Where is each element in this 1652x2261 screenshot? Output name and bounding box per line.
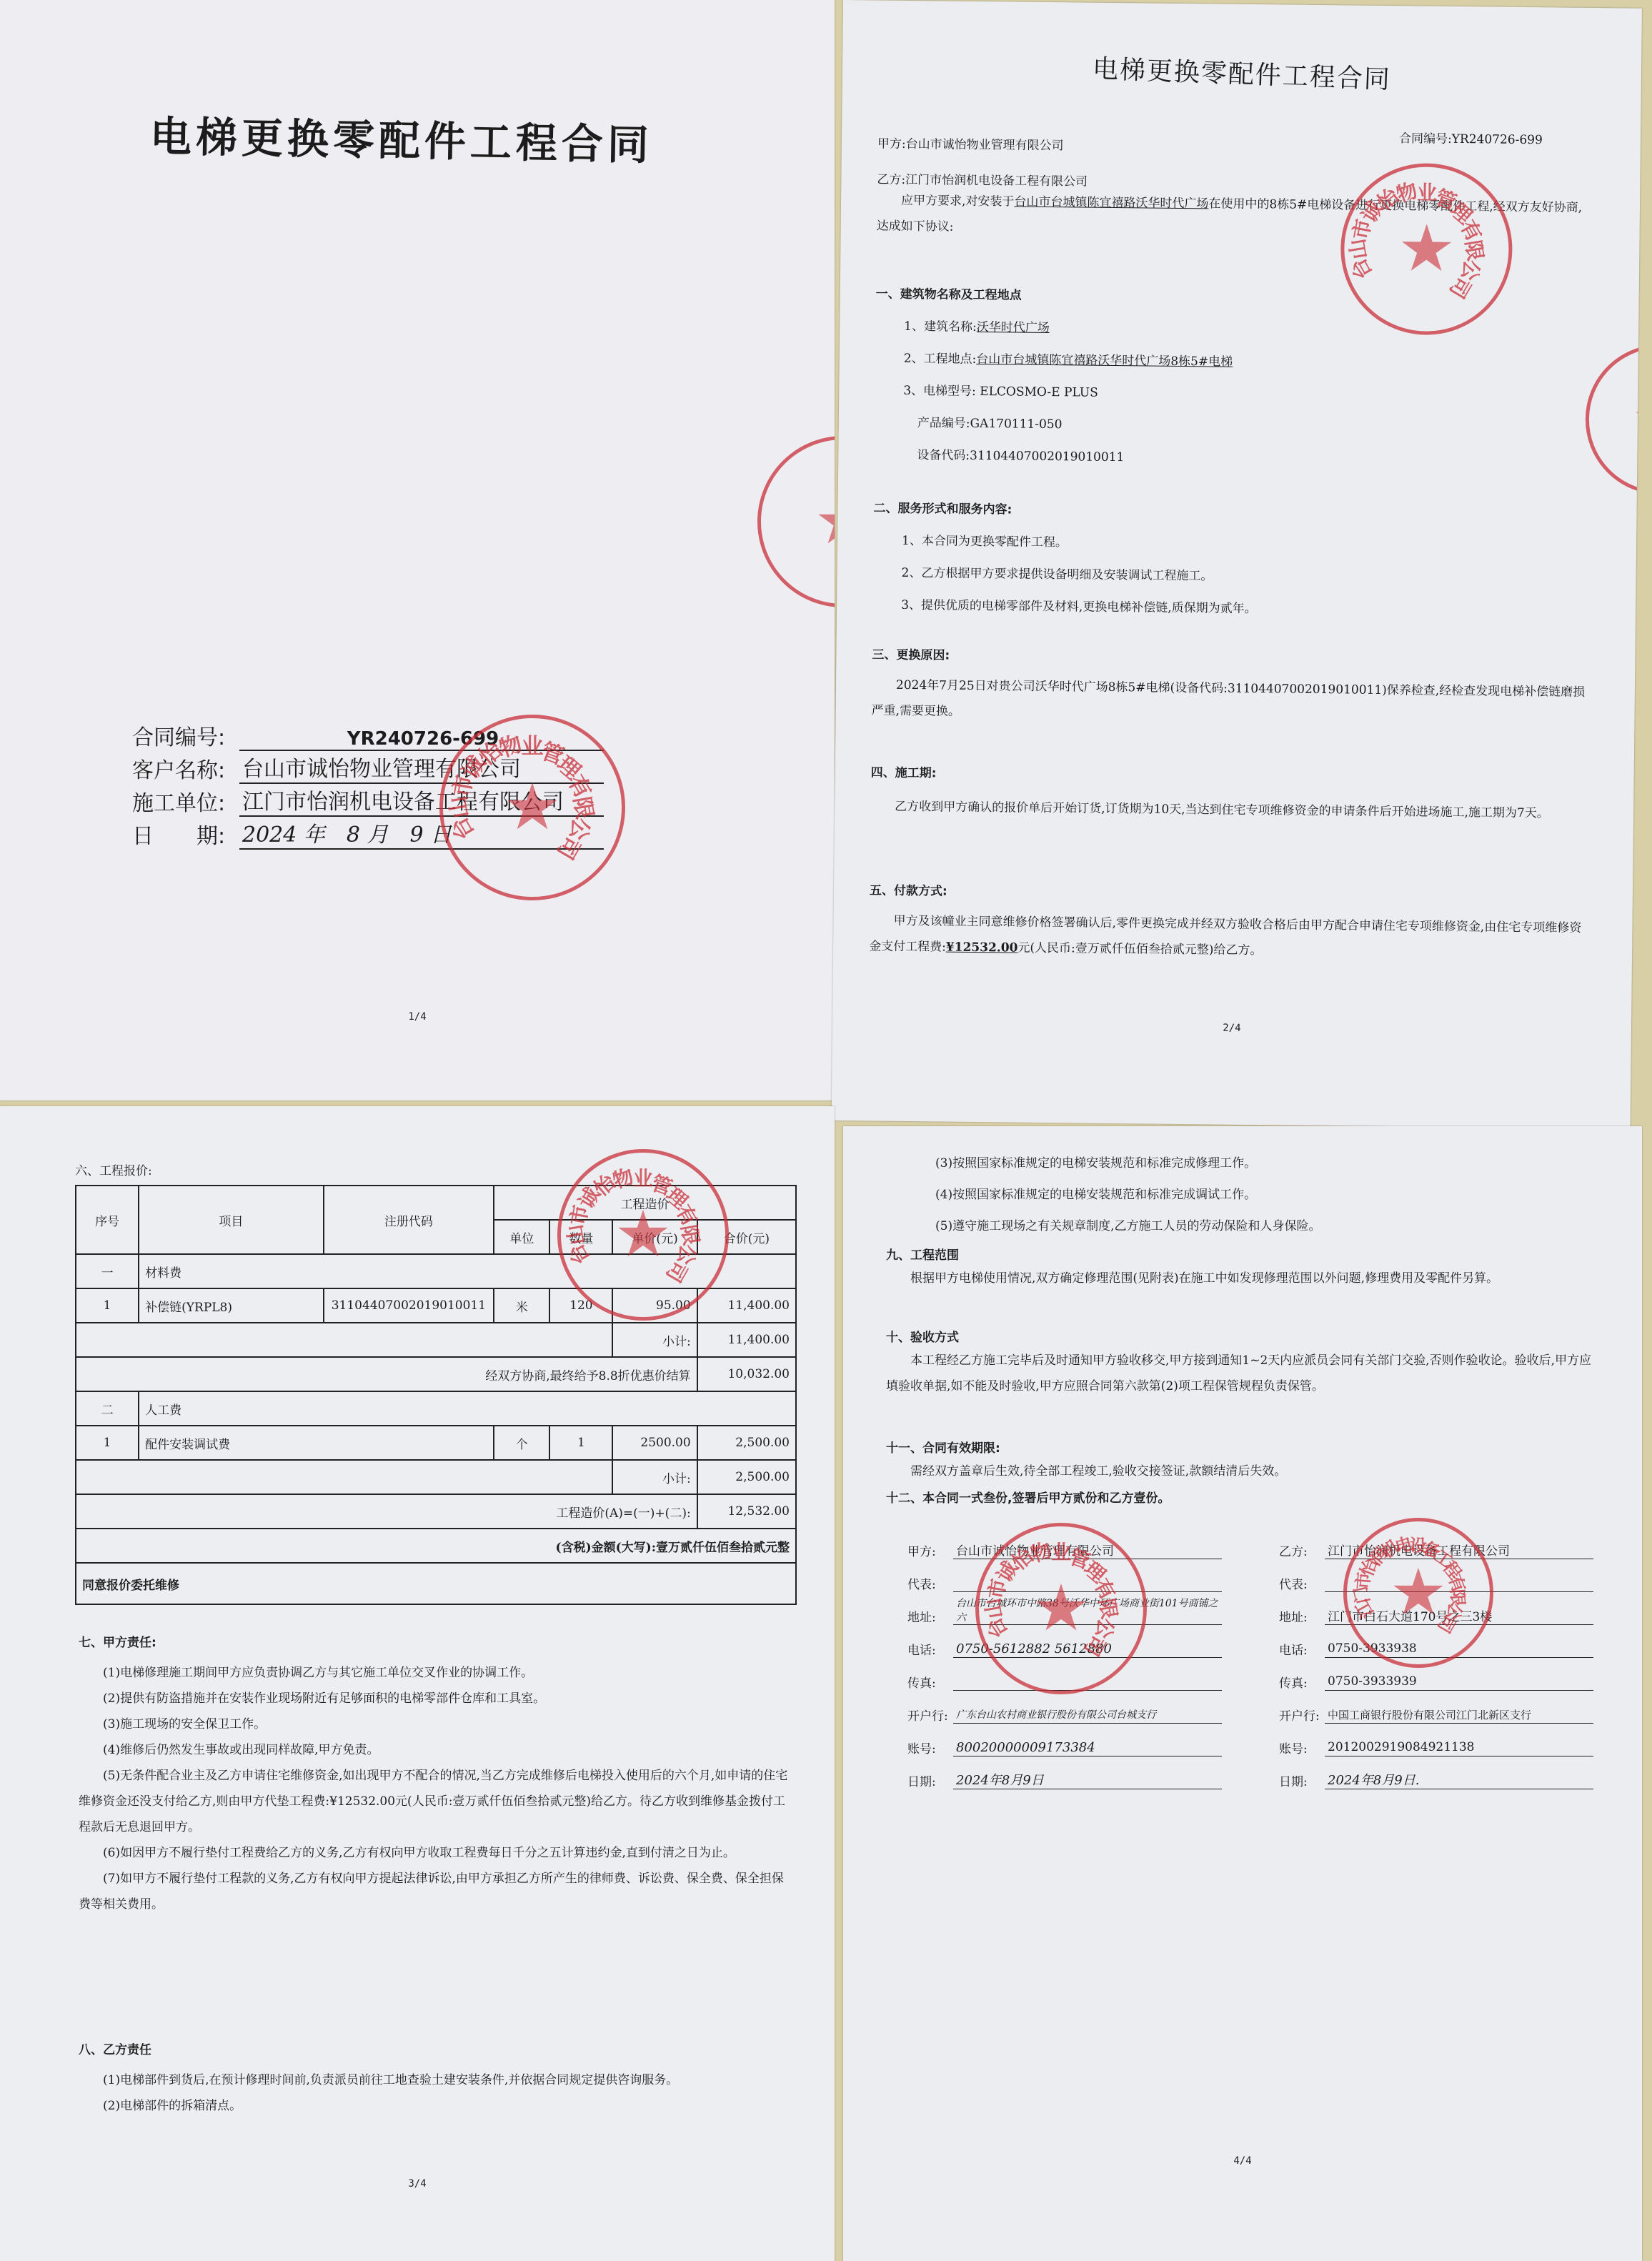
party-b-account: 2012002919084921138 bbox=[1325, 1740, 1593, 1756]
replacement-reason: 2024年7月25日对贵公司沃华时代广场8栋5#电梯(设备代码:31104407… bbox=[871, 672, 1586, 730]
section-heading: 七、甲方责任: bbox=[79, 1635, 156, 1651]
list-item: 1、本合同为更换零配件工程。 bbox=[902, 533, 1068, 551]
table-row: 1 补偿链(YRPL8) 31104407002019010011 米 120 … bbox=[76, 1288, 796, 1323]
contractor-row: 施工单位: 江门市怡润机电设备工程有限公司 bbox=[132, 784, 604, 817]
list-item: (2)提供有防盗措施并在安装作业现场附近有足够面积的电梯零部件仓库和工具室。 bbox=[79, 1686, 793, 1711]
section-heading: 十、验收方式 bbox=[886, 1330, 959, 1346]
date-row: 日 期: 2024 年 8 月 9 日 bbox=[132, 817, 604, 850]
section-heading: 一、建筑物名称及工程地点 bbox=[876, 287, 1022, 304]
table-category-row: 二 人工费 bbox=[76, 1391, 796, 1426]
list-item: (6)如因甲方不履行垫付工程费给乙方的义务,乙方有权向甲方收取工程费每日千分之五… bbox=[79, 1840, 793, 1866]
party-b-name: 江门市怡润机电设备工程有限公司 bbox=[1325, 1541, 1593, 1559]
page-number: 4/4 bbox=[843, 2155, 1642, 2167]
product-number: 产品编号:GA170111-050 bbox=[917, 415, 1063, 433]
party-a-signature-block: 甲方:台山市诚怡物业管理有限公司 代表: 地址:台山市台城环市中路38号沃华中环… bbox=[907, 1526, 1222, 1789]
page-quotation: 六、工程报价: 序号 项目 注册代码 工程造价 单位 数量 单价(元) 合价(元… bbox=[0, 1106, 835, 2261]
cover-fields: 合同编号: YR240726-699 客户名称: 台山市诚怡物业管理有限公司 施… bbox=[132, 718, 604, 850]
list-item: (5)遵守施工现场之有关规章制度,乙方施工人员的劳动保险和人身保险。 bbox=[911, 1211, 1626, 1242]
section-heading: 十二、本合同一式叁份,签署后甲方贰份和乙方壹份。 bbox=[886, 1491, 1170, 1507]
contractor-name: 江门市怡润机电设备工程有限公司 bbox=[239, 784, 604, 817]
party-a: 甲方:台山市诚怡物业管理有限公司 bbox=[877, 136, 1064, 155]
construction-period: 乙方收到甲方确认的报价单后开始订货,订货期为10天,当达到住宅专项维修资金的申请… bbox=[870, 793, 1585, 826]
acceptance-text: 本工程经乙方施工完毕后及时通知甲方验收移交,甲方接到通知1~2天内应派员会同有关… bbox=[886, 1348, 1601, 1399]
party-a-phone: 0750-5612882 5612880 bbox=[953, 1641, 1222, 1658]
party-a-duties: (1)电梯修理施工期间甲方应负责协调乙方与其它施工单位交叉作业的协调工作。 (2… bbox=[79, 1660, 793, 1917]
party-b-representative bbox=[1325, 1576, 1593, 1592]
page-number: 1/4 bbox=[0, 1011, 835, 1023]
section-heading: 八、乙方责任 bbox=[79, 2042, 151, 2059]
elevator-model: 3、电梯型号: ELCOSMO-E PLUS bbox=[903, 383, 1098, 402]
equipment-code: 设备代码:31104407002019010011 bbox=[917, 447, 1124, 466]
payment-terms: 甲方及该幢业主同意维修价格签署确认后,零件更换完成并经双方验收合格后由甲方配合申… bbox=[869, 908, 1584, 966]
cover-title: 电梯更换零配件工程合同 bbox=[149, 103, 653, 172]
list-item: (1)电梯修理施工期间甲方应负责协调乙方与其它施工单位交叉作业的协调工作。 bbox=[79, 1660, 793, 1686]
quotation-table: 序号 项目 注册代码 工程造价 单位 数量 单价(元) 合价(元) 一 材料费 … bbox=[75, 1185, 797, 1605]
scope-text: 根据甲方电梯使用情况,双方确定修理范围(见附表)在施工中如发现修理范围以外问题,… bbox=[886, 1266, 1601, 1291]
field-label: 日 期: bbox=[132, 818, 239, 850]
party-a-address: 台山市台城环市中路38号沃华中环广场商业街101号商铺之六 bbox=[953, 1596, 1222, 1625]
table-category-row: 一 材料费 bbox=[76, 1254, 796, 1288]
list-item: 2、乙方根据甲方要求提供设备明细及安装调试工程施工。 bbox=[901, 565, 1213, 585]
section-heading: 二、服务形式和服务内容: bbox=[873, 500, 1012, 518]
contract-date: 2024 年 8 月 9 日 bbox=[239, 817, 604, 850]
amount-words-row: (含税)金额(大写):壹万贰仟伍佰叁拾贰元整 bbox=[76, 1529, 796, 1563]
contract-number: 合同编号:YR240726-699 bbox=[1399, 131, 1543, 149]
party-b-bank: 中国工商银行股份有限公司江门北新区支行 bbox=[1325, 1707, 1593, 1724]
list-item: (7)如甲方不履行垫付工程款的义务,乙方有权向甲方提起法律诉讼,由甲方承担乙方所… bbox=[79, 1866, 793, 1917]
party-b-date: 2024年8月9日. bbox=[1325, 1770, 1593, 1789]
field-label: 施工单位: bbox=[132, 785, 239, 817]
company-seal-icon: ★台山市诚怡物业管理有限公司 bbox=[1340, 162, 1513, 336]
page-number: 3/4 bbox=[0, 2178, 835, 2190]
party-b-fax: 0750-3933939 bbox=[1325, 1674, 1593, 1691]
list-item: (2)电梯部件的拆箱清点。 bbox=[79, 2093, 793, 2119]
approval-row: 同意报价委托维修 bbox=[76, 1563, 796, 1604]
page-cover: 电梯更换零配件工程合同 合同编号: YR240726-699 客户名称: 台山市… bbox=[0, 0, 835, 1100]
intro-paragraph: 应甲方要求,对安装于台山市台城镇陈宜禧路沃华时代广场在使用中的8栋5#电梯设备进… bbox=[876, 188, 1591, 247]
section-heading: 三、更换原因: bbox=[872, 647, 950, 664]
list-item: 3、提供优质的电梯零部件及材料,更换电梯补偿链,质保期为贰年。 bbox=[901, 597, 1257, 617]
party-a-fax bbox=[953, 1674, 1222, 1691]
building-name: 1、建筑名称:沃华时代广场 bbox=[904, 319, 1050, 337]
section-heading: 五、付款方式: bbox=[870, 883, 947, 900]
contract-number-row: 合同编号: YR240726-699 bbox=[132, 718, 604, 751]
party-a-date: 2024年8月9日 bbox=[953, 1770, 1222, 1789]
table-header-row: 序号 项目 注册代码 工程造价 bbox=[76, 1186, 796, 1220]
subtotal-row: 小计: 2,500.00 bbox=[76, 1460, 796, 1494]
party-b-duties: (1)电梯部件到货后,在预计修理时间前,负责派员前往工地查验土建安装条件,并依据… bbox=[79, 2067, 793, 2119]
party-a-representative bbox=[953, 1576, 1222, 1592]
subtotal-row: 小计: 11,400.00 bbox=[76, 1323, 796, 1357]
party-b-duties-cont: (3)按照国家标准规定的电梯安装规范和标准完成修理工作。 (4)按照国家标准规定… bbox=[911, 1148, 1626, 1242]
field-label: 客户名称: bbox=[132, 752, 239, 784]
section-heading: 九、工程范围 bbox=[886, 1248, 959, 1264]
list-item: (4)维修后仍然发生事故或出现同样故障,甲方免责。 bbox=[79, 1737, 793, 1763]
section-heading: 十一、合同有效期限: bbox=[886, 1441, 1000, 1457]
party-b-phone: 0750-3933938 bbox=[1325, 1641, 1593, 1658]
party-b-address: 江门市白石大道170号之三3楼 bbox=[1325, 1606, 1593, 1625]
contract-number: YR240726-699 bbox=[239, 728, 604, 751]
company-seal-icon: ★ bbox=[1585, 344, 1642, 495]
party-a-name: 台山市诚怡物业管理有限公司 bbox=[953, 1541, 1222, 1559]
list-item: (5)无条件配合业主及乙方申请住宅维修资金,如出现甲方不配合的情况,当乙方完成维… bbox=[79, 1763, 793, 1840]
party-a-bank: 广东台山农村商业银行股份有限公司台城支行 bbox=[953, 1707, 1222, 1724]
project-location: 2、工程地点:台山市台城镇陈宜禧路沃华时代广场8栋5#电梯 bbox=[904, 351, 1233, 371]
discount-row: 经双方协商,最终给予8.8折优惠价结算 10,032.00 bbox=[76, 1357, 796, 1391]
party-a-account: 80020000009173384 bbox=[953, 1740, 1222, 1756]
table-row: 1 配件安装调试费 个 1 2500.00 2,500.00 bbox=[76, 1426, 796, 1460]
page-number: 2/4 bbox=[832, 1018, 1631, 1038]
section-heading: 六、工程报价: bbox=[75, 1163, 152, 1180]
company-seal-icon: ★ bbox=[757, 436, 835, 607]
section-heading: 四、施工期: bbox=[871, 765, 937, 782]
field-label: 合同编号: bbox=[132, 720, 239, 751]
party-b-signature-block: 乙方:江门市怡润机电设备工程有限公司 代表: 地址:江门市白石大道170号之三3… bbox=[1279, 1526, 1593, 1789]
list-item: (1)电梯部件到货后,在预计修理时间前,负责派员前往工地查验土建安装条件,并依据… bbox=[79, 2067, 793, 2093]
contract-title: 电梯更换零配件工程合同 bbox=[1092, 49, 1392, 96]
client-name: 台山市诚怡物业管理有限公司 bbox=[239, 751, 604, 784]
grand-total-row: 工程造价(A)=(一)+(二): 12,532.00 bbox=[76, 1494, 796, 1529]
payment-amount: ¥12532.00 bbox=[946, 940, 1018, 955]
page-terms-1: 电梯更换零配件工程合同 合同编号:YR240726-699 甲方:台山市诚怡物业… bbox=[832, 0, 1642, 1129]
page-signatures: (3)按照国家标准规定的电梯安装规范和标准完成修理工作。 (4)按照国家标准规定… bbox=[843, 1126, 1642, 2261]
client-name-row: 客户名称: 台山市诚怡物业管理有限公司 bbox=[132, 751, 604, 784]
validity-text: 需经双方盖章后生效,待全部工程竣工,验收交接签证,款额结清后失效。 bbox=[886, 1459, 1601, 1484]
list-item: (3)按照国家标准规定的电梯安装规范和标准完成修理工作。 bbox=[911, 1148, 1626, 1179]
list-item: (4)按照国家标准规定的电梯安装规范和标准完成调试工作。 bbox=[911, 1179, 1626, 1211]
list-item: (3)施工现场的安全保卫工作。 bbox=[79, 1711, 793, 1737]
